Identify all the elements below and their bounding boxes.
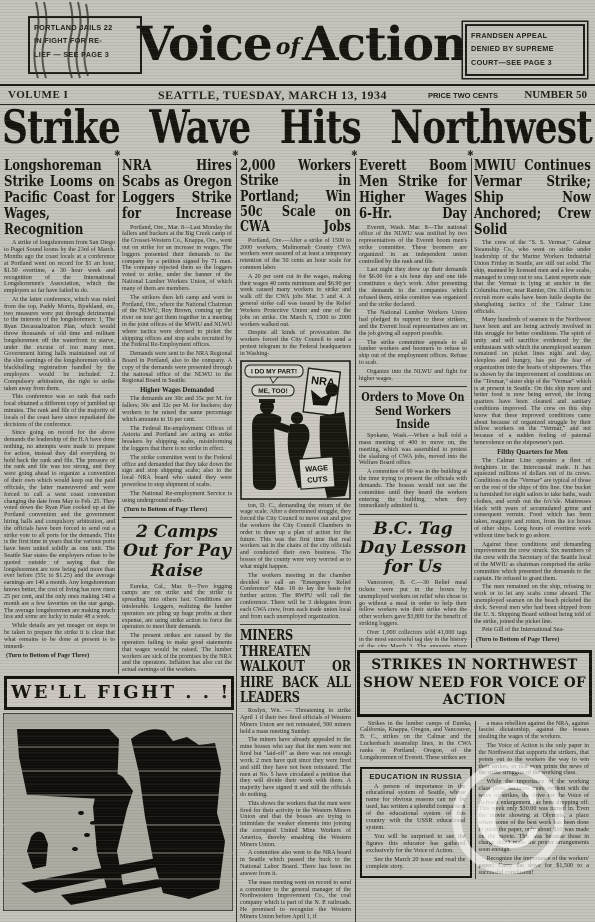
dateline-row: VOLUME I SEATTLE, TUESDAY, MARCH 13, 193… [0, 84, 595, 105]
paragraph-para: The Federal Re-employment Offices of Ast… [122, 426, 232, 453]
headline-portland-cwa: 2,000 Workers Strike in Portland; Win 50… [240, 158, 351, 235]
paragraph-para: FRANDSEN APPEAL [471, 30, 579, 41]
nameplate: Voice of Action [148, 6, 455, 82]
newspaper-front-page: PORTLAND JAILS 22IN FIGHT FOR RE-LIEF — … [0, 0, 595, 922]
cartoon-bubble-left: I DO MY PART! [251, 368, 297, 375]
article-portland-cwa: Portland, Ore.—After a strike of 1500 to… [240, 238, 351, 358]
paragraph-para: Pete Gill of the International Sea- [474, 627, 591, 634]
column-rule-3 [355, 158, 356, 922]
education-russia-box: EDUCATION IN RUSSIA A person of importan… [360, 767, 472, 878]
column-rule-2 [236, 158, 237, 922]
banner-headline-wrap: Strike Wave Hits Northwest [2, 104, 593, 156]
nra-political-cartoon: I DO MY PART! ME, TOO! NRA WAGE CUTS [240, 360, 351, 500]
paragraph-para: Organize into the NLWU and fight for hig… [359, 369, 467, 383]
paragraph-para: The miners have already appealed to the … [240, 737, 351, 798]
banner-headline: Strike Wave Hits Northwest [2, 104, 592, 150]
paragraph-para: See the March 20 issue and read the comp… [366, 857, 466, 871]
price-label: PRICE TWO CENTS [417, 91, 509, 100]
section-orders: Orders to Move On Send Workers Inside Sp… [359, 386, 467, 510]
paragraph-para: You will be surprised to see the figures… [366, 834, 466, 855]
section-tag-day: B.C. Tag Day Lesson for Us Vancouver, B.… [359, 514, 467, 647]
column-divider-star: ✱ [467, 149, 474, 158]
paragraph-para: A person of importance in the educationa… [366, 784, 466, 833]
paragraph-para: ton, D. C., demanding the return of the … [240, 503, 351, 571]
paragraph-para: The strikers then left camp and went to … [122, 295, 232, 350]
headline-mwiu-vermar: MWIU Continues Vermar Strike; Ship Now A… [474, 158, 591, 237]
paragraph-para: The Voice of Action is the only paper in… [479, 743, 590, 777]
paragraph-subhead: Higher Wages Demanded [122, 387, 232, 394]
paragraph-para: Vancouver, B. C.—30 Relief meal tickets … [359, 580, 467, 628]
article-tag-day: Vancouver, B. C.—30 Relief meal tickets … [359, 580, 467, 647]
paragraph-para: Roslyn, Wn. — Threatening to strike Apri… [240, 708, 351, 735]
article-longshoreman: A strike of longshoremen from San Diego … [4, 240, 115, 659]
svg-text:WAGE: WAGE [305, 463, 328, 474]
strikes-right-text: a mass rebellion against the NRA, agains… [479, 721, 590, 877]
paragraph-subhead: Filthy Quarters for Men [474, 449, 591, 456]
article-two-camps: Eureka, Cal., Mar. 8—Two logging camps a… [122, 584, 232, 674]
paragraph-para: A committee of 99 was in the building at… [359, 469, 467, 510]
article-everett: Everett, Wash. Mar. 8—The national offic… [359, 225, 467, 383]
article-portland-cwa-continued: ton, D. C., demanding the return of the … [240, 503, 351, 621]
article-miners: Roslyn, Wn. — Threatening to strike Apri… [240, 708, 351, 920]
paragraph-para: Demands were sent to the NRA Regional Bo… [122, 351, 232, 385]
masthead: PORTLAND JAILS 22IN FIGHT FOR RE-LIEF — … [0, 0, 595, 84]
nameplate-word1: Voice [137, 17, 272, 72]
paragraph-para: Spokane, Wash.—When a bull told a mass m… [359, 433, 467, 467]
section-two-camps: 2 Camps Out for Pay Raise Eureka, Cal., … [122, 517, 232, 674]
paragraph-para: The Calmar Line operates a fleet of frei… [474, 458, 591, 540]
paragraph-turn: (Turn to Bottom of Page Three) [4, 652, 115, 659]
headline-orders-move-on: Orders to Move On Send Workers Inside [359, 390, 467, 430]
strikes-northwest-feature: STRIKES IN NORTHWEST SHOW NEED FOR VOICE… [357, 650, 592, 920]
paragraph-para: The strike committee appeals to all lumb… [359, 340, 467, 367]
stamp-marks [26, 0, 96, 80]
paragraph-para: Eureka, Cal., Mar. 8—Two logging camps a… [122, 584, 232, 632]
paragraph-para: Over 1,000 collectors sold 41,000 tags i… [359, 630, 467, 647]
paragraph-para: At the latter conference, which was rule… [4, 297, 115, 392]
volume-label: VOLUME I [8, 89, 128, 101]
headline-everett-boom-men: Everett Boom Men Strike for Higher Wages… [359, 158, 467, 222]
headline-bc-tag-day: B.C. Tag Day Lesson for Us [359, 520, 467, 577]
cartoon-bubble-right: ME, TOO! [258, 388, 288, 395]
section-miners: MINERS THREATEN WALKOUT OR HIRE BACK ALL… [240, 624, 351, 920]
paragraph-para: The demands are 30c and 35c per M. for f… [122, 396, 232, 423]
paragraph-para: The strike committee went to the Federal… [122, 455, 232, 489]
paragraph-para: Last night they drew up their demands fo… [359, 267, 467, 308]
column-divider-star: ✱ [351, 149, 358, 158]
paragraph-para: Many hundreds of seamen in the Northwest… [474, 317, 591, 446]
paragraph-para: This shows the workers that the men were… [240, 801, 351, 849]
paragraph-para: Against these conditions and demanding i… [474, 542, 591, 583]
column-rule-4 [471, 158, 472, 648]
education-russia-body: A person of importance in the educationa… [366, 784, 466, 871]
paragraph-para: A committee also went to the NRA board i… [240, 850, 351, 877]
paragraph-para: The workers meeting in the chamber decid… [240, 573, 351, 621]
paragraph-para: Portland, Ore.—After a strike of 1500 to… [240, 238, 351, 272]
column-nra-scabs: NRA Hires Scabs as Oregon Loggers Strike… [122, 158, 232, 674]
paragraph-para: a mass rebellion against the NRA, agains… [479, 721, 590, 741]
paragraph-para: Strikes in the lumber camps of Eureka, C… [360, 721, 472, 762]
paragraph-para: A 20 per cent cut in the wages, making t… [240, 274, 351, 329]
paragraph-para: Portland, Ore., Mar. 8—Last Monday the f… [122, 225, 232, 293]
well-fight-headline: WE'LL FIGHT . . ! [4, 676, 234, 710]
issue-number: NUMBER 50 [509, 89, 587, 101]
column-rule-1 [118, 158, 119, 674]
paragraph-para: A strike of longshoremen from San Diego … [4, 240, 115, 295]
nameplate-of: of [276, 34, 300, 60]
column-everett: Everett Boom Men Strike for Higher Wages… [359, 158, 467, 647]
paragraph-para: The present strikes are caused by the op… [122, 633, 232, 674]
column-divider-star: ✱ [232, 149, 239, 158]
strikes-northwest-headline: STRIKES IN NORTHWEST SHOW NEED FOR VOICE… [357, 650, 592, 717]
column-mwiu: MWIU Continues Vermar Strike; Ship Now A… [474, 158, 591, 647]
column-portland-cwa: 2,000 Workers Strike in Portland; Win 50… [240, 158, 351, 920]
well-fight-feature: WE'LL FIGHT . . ! [3, 676, 235, 920]
paragraph-turn: (Turn to Bottom of Page Three) [474, 636, 591, 643]
strikes-left-text: Strikes in the lumber camps of Eureka, C… [360, 721, 472, 762]
education-russia-headline: EDUCATION IN RUSSIA [366, 772, 466, 781]
paragraph-para: Since going on record for the above dema… [4, 430, 115, 621]
issue-date: SEATTLE, TUESDAY, MARCH 13, 1934 [128, 88, 417, 103]
article-mwiu: The crew of the "S. S. Vermar," Calmar S… [474, 240, 591, 643]
paragraph-para: The National Re-employment Service is us… [122, 491, 232, 505]
paragraph-para: DENIED BY SUPREME [471, 43, 579, 54]
paragraph-para: Despite all kinds of provocation the wor… [240, 330, 351, 357]
paragraph-para: The mass meeting went on record to send … [240, 880, 351, 920]
headline-nra-hires-scabs: NRA Hires Scabs as Oregon Loggers Strike… [122, 158, 232, 222]
paragraph-para: This conference was so rank that each lo… [4, 394, 115, 428]
paragraph-para: The men remained on the ship, refusing t… [474, 584, 591, 625]
masthead-right-ear-box: FRANDSEN APPEALDENIED BY SUPREMECOURT—SE… [465, 24, 585, 76]
svg-text:CUTS: CUTS [307, 474, 328, 484]
article-nra-scabs: Portland, Ore., Mar. 8—Last Monday the f… [122, 225, 232, 514]
headline-miners-threaten: MINERS THREATEN WALKOUT OR HIRE BACK ALL… [240, 628, 351, 705]
headline-two-camps: 2 Camps Out for Pay Raise [122, 523, 232, 580]
cartoon-wage-cuts-sign: WAGE CUTS [299, 456, 335, 488]
article-orders: Spokane, Wash.—When a bull told a mass m… [359, 433, 467, 510]
paragraph-para: Everett, Wash. Mar. 8—The national offic… [359, 225, 467, 266]
headline-longshoreman-strike: Longshoreman Strike Looms on Pacific Coa… [4, 158, 115, 237]
paragraph-para: Recognize the importance of the workers'… [479, 856, 590, 876]
paragraph-para: While details are yet meager on steps to… [4, 623, 115, 650]
paragraph-turn: (Turn to Bottom of Page Three) [122, 506, 232, 513]
nameplate-word2: Action [302, 17, 466, 72]
paragraph-para: COURT—SEE PAGE 3 [471, 57, 579, 68]
column-divider-star: ✱ [114, 149, 121, 158]
paragraph-para: The crew of the "S. S. Vermar," Calmar S… [474, 240, 591, 315]
paragraph-para: The National Lumber Workers Union had pl… [359, 310, 467, 337]
column-longshoreman: Longshoreman Strike Looms on Pacific Coa… [4, 158, 115, 674]
paragraph-para: While the importance of the working clas… [479, 779, 590, 854]
strikers-photo [3, 713, 233, 911]
